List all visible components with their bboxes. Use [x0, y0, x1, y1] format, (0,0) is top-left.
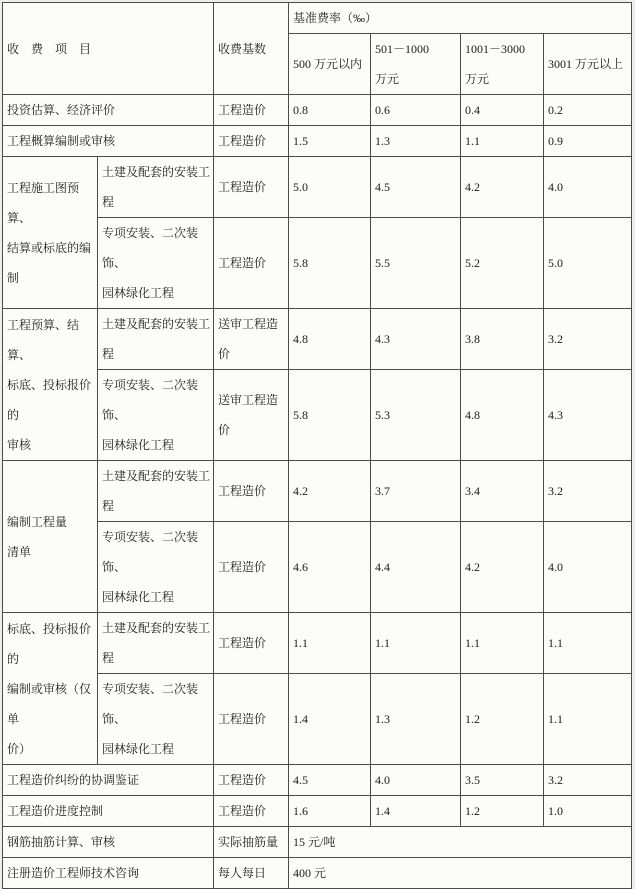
header-fee-item: 收 费 项 目 — [3, 3, 214, 95]
cell-rate-3: 1.1 — [461, 126, 544, 157]
header-rate-col-1: 500 万元以内 — [289, 34, 371, 95]
table-row: 专项安装、二次装饰、 园林绿化工程 工程造价 1.4 1.3 1.2 1.1 — [3, 674, 632, 765]
cell-rate-1: 1.5 — [289, 126, 371, 157]
cell-base: 送审工程造价 — [214, 309, 289, 370]
header-rate-col-2: 501－1000 万元 — [371, 34, 461, 95]
cell-rate-3: 4.2 — [461, 522, 544, 613]
table-row: 工程概算编制或审核 工程造价 1.5 1.3 1.1 0.9 — [3, 126, 632, 157]
cell-rate-4: 3.2 — [544, 765, 632, 796]
cell-rate-1: 4.6 — [289, 522, 371, 613]
cell-rate-2: 0.6 — [371, 95, 461, 126]
cell-rate-3: 1.2 — [461, 796, 544, 827]
table-row: 专项安装、二次装饰、 园林绿化工程 工程造价 5.8 5.5 5.2 5.0 — [3, 218, 632, 309]
cell-rate-4: 4.0 — [544, 522, 632, 613]
cell-sub-label: 专项安装、二次装饰、 园林绿化工程 — [98, 218, 214, 309]
table-row: 工程造价进度控制 工程造价 1.6 1.4 1.2 1.0 — [3, 796, 632, 827]
cell-rate-2: 5.5 — [371, 218, 461, 309]
header-rate-title: 基准费率（‰） — [289, 3, 632, 34]
cell-rate-1: 0.8 — [289, 95, 371, 126]
cell-rate-2: 1.1 — [371, 613, 461, 674]
cell-base: 工程造价 — [214, 765, 289, 796]
header-fee-base: 收费基数 — [214, 3, 289, 95]
cell-rate-2: 1.4 — [371, 796, 461, 827]
cell-item: 工程概算编制或审核 — [3, 126, 214, 157]
header-rate-col-3: 1001－3000 万元 — [461, 34, 544, 95]
cell-rate-1: 5.0 — [289, 157, 371, 218]
table-row: 工程施工图预算、 结算或标底的编制 土建及配套的安装工程 工程造价 5.0 4.… — [3, 157, 632, 218]
cell-rate-1: 4.2 — [289, 461, 371, 522]
cell-base: 工程造价 — [214, 126, 289, 157]
table-row: 专项安装、二次装饰、 园林绿化工程 工程造价 4.6 4.4 4.2 4.0 — [3, 522, 632, 613]
cell-base: 每人每日 — [214, 858, 289, 889]
cell-rate-3: 4.8 — [461, 370, 544, 461]
cell-rate-2: 4.0 — [371, 765, 461, 796]
cell-rate-4: 3.2 — [544, 461, 632, 522]
cell-sub-label: 专项安装、二次装饰、 园林绿化工程 — [98, 370, 214, 461]
cell-rate-2: 5.3 — [371, 370, 461, 461]
cell-rate-4: 1.1 — [544, 613, 632, 674]
table-row: 工程预算、结算、 标底、投标报价的 审核 土建及配套的安装工程 送审工程造价 4… — [3, 309, 632, 370]
cell-group-label: 编制工程量 清单 — [3, 461, 98, 613]
table-row: 编制工程量 清单 土建及配套的安装工程 工程造价 4.2 3.7 3.4 3.2 — [3, 461, 632, 522]
cell-rate-2: 3.7 — [371, 461, 461, 522]
cell-rate-1: 5.8 — [289, 218, 371, 309]
scanned-document-page: 收 费 项 目 收费基数 基准费率（‰） 500 万元以内 501－1000 万… — [0, 0, 635, 889]
cell-base: 工程造价 — [214, 157, 289, 218]
cell-rate-3: 0.4 — [461, 95, 544, 126]
cell-sub-label: 专项安装、二次装饰、 园林绿化工程 — [98, 522, 214, 613]
cell-rate-span: 15 元/吨 — [289, 827, 632, 858]
header-rate-col-4: 3001 万元以上 — [544, 34, 632, 95]
cell-rate-4: 4.0 — [544, 157, 632, 218]
cell-sub-label: 土建及配套的安装工程 — [98, 461, 214, 522]
cell-base: 工程造价 — [214, 796, 289, 827]
cell-rate-span: 400 元 — [289, 858, 632, 889]
cell-rate-1: 4.8 — [289, 309, 371, 370]
cell-rate-4: 3.2 — [544, 309, 632, 370]
cell-base: 工程造价 — [214, 218, 289, 309]
table-row: 专项安装、二次装饰、 园林绿化工程 送审工程造价 5.8 5.3 4.8 4.3 — [3, 370, 632, 461]
cell-rate-2: 4.5 — [371, 157, 461, 218]
cell-sub-label: 土建及配套的安装工程 — [98, 309, 214, 370]
cell-rate-3: 1.2 — [461, 674, 544, 765]
cell-base: 工程造价 — [214, 461, 289, 522]
cell-group-label: 标底、投标报价的 编制或审核（仅单 价） — [3, 613, 98, 765]
cell-rate-1: 4.5 — [289, 765, 371, 796]
cell-sub-label: 土建及配套的安装工程 — [98, 157, 214, 218]
cell-item: 工程造价纠纷的协调鉴证 — [3, 765, 214, 796]
table-row: 钢筋抽筋计算、审核 实际抽筋量 15 元/吨 — [3, 827, 632, 858]
cell-rate-4: 1.0 — [544, 796, 632, 827]
cell-item: 钢筋抽筋计算、审核 — [3, 827, 214, 858]
cell-rate-3: 3.8 — [461, 309, 544, 370]
cell-base: 送审工程造价 — [214, 370, 289, 461]
cell-item: 投资估算、经济评价 — [3, 95, 214, 126]
cell-group-label: 工程预算、结算、 标底、投标报价的 审核 — [3, 309, 98, 461]
cell-rate-3: 3.5 — [461, 765, 544, 796]
cell-rate-3: 4.2 — [461, 157, 544, 218]
cell-rate-4: 0.2 — [544, 95, 632, 126]
header-row-1: 收 费 项 目 收费基数 基准费率（‰） — [3, 3, 632, 34]
cell-rate-1: 1.1 — [289, 613, 371, 674]
cell-rate-1: 1.4 — [289, 674, 371, 765]
cell-rate-2: 4.4 — [371, 522, 461, 613]
table-row: 注册造价工程师技术咨询 每人每日 400 元 — [3, 858, 632, 889]
table-row: 标底、投标报价的 编制或审核（仅单 价） 土建及配套的安装工程 工程造价 1.1… — [3, 613, 632, 674]
cell-item: 工程造价进度控制 — [3, 796, 214, 827]
cell-rate-4: 5.0 — [544, 218, 632, 309]
cell-group-label: 工程施工图预算、 结算或标底的编制 — [3, 157, 98, 309]
cell-rate-4: 1.1 — [544, 674, 632, 765]
cell-base: 工程造价 — [214, 613, 289, 674]
table-row: 投资估算、经济评价 工程造价 0.8 0.6 0.4 0.2 — [3, 95, 632, 126]
cell-rate-2: 1.3 — [371, 126, 461, 157]
cell-sub-label: 土建及配套的安装工程 — [98, 613, 214, 674]
cell-rate-4: 0.9 — [544, 126, 632, 157]
cell-base: 工程造价 — [214, 522, 289, 613]
cell-rate-3: 5.2 — [461, 218, 544, 309]
cell-base: 工程造价 — [214, 674, 289, 765]
cell-item: 注册造价工程师技术咨询 — [3, 858, 214, 889]
table-row: 工程造价纠纷的协调鉴证 工程造价 4.5 4.0 3.5 3.2 — [3, 765, 632, 796]
cell-base: 工程造价 — [214, 95, 289, 126]
cell-sub-label: 专项安装、二次装饰、 园林绿化工程 — [98, 674, 214, 765]
cell-rate-1: 5.8 — [289, 370, 371, 461]
fee-rate-table: 收 费 项 目 收费基数 基准费率（‰） 500 万元以内 501－1000 万… — [2, 2, 632, 889]
cell-rate-3: 1.1 — [461, 613, 544, 674]
cell-rate-2: 1.3 — [371, 674, 461, 765]
cell-rate-4: 4.3 — [544, 370, 632, 461]
cell-base: 实际抽筋量 — [214, 827, 289, 858]
cell-rate-3: 3.4 — [461, 461, 544, 522]
cell-rate-1: 1.6 — [289, 796, 371, 827]
cell-rate-2: 4.3 — [371, 309, 461, 370]
